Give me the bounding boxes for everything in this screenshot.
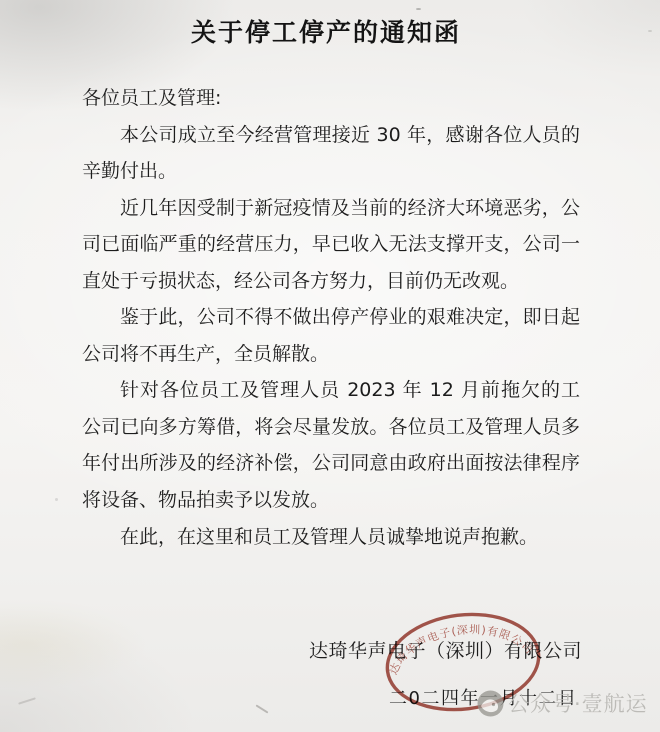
document-line: 司已面临严重的经营压力，早已收入无法支撑开支，公司一 — [82, 226, 580, 263]
document-line-salutation: 各位员工及管理: — [82, 80, 580, 117]
document-photo: 关于停工停产的通知函 各位员工及管理: 本公司成立至今经营管理接近 30 年，感… — [0, 0, 660, 732]
document-title: 关于停工停产的通知函 — [0, 16, 652, 50]
document-line: 辛勤付出。 — [82, 153, 580, 190]
document-line: 本公司成立至今经营管理接近 30 年，感谢各位人员的 — [82, 117, 580, 154]
document-line: 鉴于此，公司不得不做出停产停业的艰难决定，即日起 — [82, 299, 580, 336]
document-line: 近几年因受制于新冠疫情及当前的经济大环境恶劣，公 — [82, 190, 580, 227]
paper-speck — [55, 498, 58, 501]
paper-crease-mark — [18, 697, 36, 704]
paper-speck — [648, 30, 652, 32]
paper-crease-mark — [256, 704, 269, 713]
watermark-label: 公众号·壹航运 — [508, 688, 648, 718]
paper-speck — [416, 8, 421, 10]
document-line: 年付出所涉及的经济补偿，公司同意由政府出面按法律程序 — [82, 445, 580, 482]
document-line: 将设备、物品拍卖予以发放。 — [82, 482, 580, 519]
watermark: 公众号·壹航运 — [477, 688, 648, 718]
document-line: 公司已向多方筹借，将会尽量发放。各位员工及管理人员多 — [82, 409, 580, 446]
document-line: 直处于亏损状态，经公司各方努力，目前仍无改观。 — [82, 263, 580, 300]
document-line: 公司将不再生产，全员解散。 — [82, 336, 580, 373]
document-body: 各位员工及管理: 本公司成立至今经营管理接近 30 年，感谢各位人员的 辛勤付出… — [82, 80, 580, 555]
document-line-apology: 在此，在这里和员工及管理人员诚挚地说声抱歉。 — [82, 519, 580, 556]
document-line: 针对各位员工及管理人员 2023 年 12 月前拖欠的工资， — [82, 372, 580, 409]
watermark-logo-icon — [477, 690, 504, 717]
